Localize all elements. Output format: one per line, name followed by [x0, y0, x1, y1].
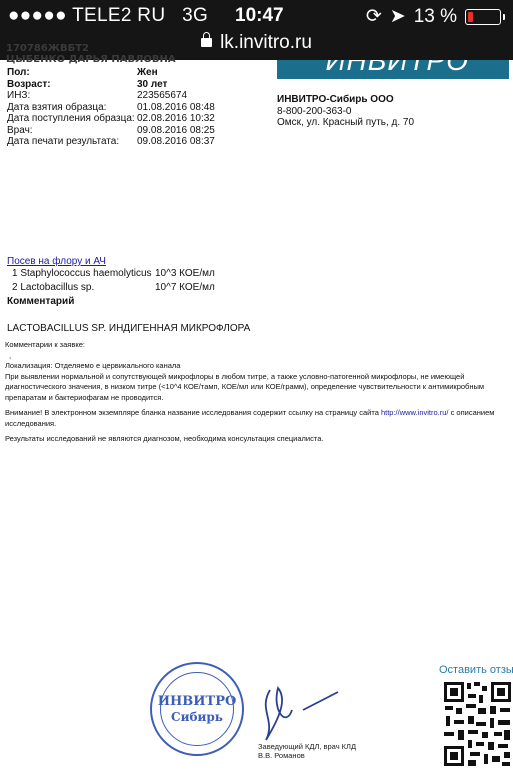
results-list: 1 Staphylococcus haemolyticus10^3 КОЕ/мл… — [7, 268, 215, 294]
info-label: Дата печати результата: — [7, 136, 137, 148]
info-row: Дата взятия образца:01.08.2016 08:48 — [7, 102, 215, 114]
url-text: lk.invitro.ru — [220, 32, 312, 53]
info-label: ИНЗ: — [7, 90, 137, 102]
organism-name: 1 Staphylococcus haemolyticus — [12, 268, 155, 281]
info-value: 223565674 — [137, 90, 187, 102]
battery-percent: 13 % — [414, 6, 457, 28]
signature-icon — [248, 680, 348, 750]
info-value: 09.08.2016 08:37 — [137, 136, 215, 148]
info-value: 30 лет — [137, 79, 167, 91]
qr-code-icon[interactable] — [442, 680, 513, 770]
lock-icon — [201, 38, 212, 47]
result-row: 2 Lactobacillus sp.10^7 КОЕ/мл — [7, 282, 215, 295]
result-row: 1 Staphylococcus haemolyticus10^3 КОЕ/мл — [7, 268, 215, 281]
company-phone: 8-800-200-363-0 — [277, 106, 414, 118]
comment-title: Комментарий — [7, 296, 215, 307]
carrier-name: TELE2 RU — [72, 5, 165, 26]
organism-value: 10^7 КОЕ/мл — [155, 282, 215, 295]
battery-level — [468, 12, 473, 22]
info-row: Дата поступления образца:02.08.2016 10:3… — [7, 113, 215, 125]
interpretation: При выявлении нормальной и сопутствующей… — [5, 372, 505, 404]
info-value: 01.08.2016 08:48 — [137, 102, 215, 114]
invitro-site-link[interactable]: http://www.invitro.ru/ — [381, 408, 449, 417]
request-comments-label: Комментарии к заявке: — [5, 340, 505, 351]
localization: Локализация: Отделяемо е цервикального к… — [5, 361, 505, 372]
notes: Комментарии к заявке: , Локализация: Отд… — [5, 340, 505, 445]
info-value: Жен — [137, 67, 158, 79]
info-value: 09.08.2016 08:25 — [137, 125, 215, 137]
info-row: Возраст:30 лет — [7, 79, 215, 91]
request-comments-value: , — [5, 351, 505, 362]
info-label: Дата взятия образца: — [7, 102, 137, 114]
warning: Внимание! В электронном экземпляре бланк… — [5, 408, 505, 429]
signer-position: Заведующий КДЛ, врач КЛД — [258, 742, 356, 751]
info-row: ИНЗ:223565674 — [7, 90, 215, 102]
order-number: 170786ЖВБТ2 — [6, 43, 89, 54]
organism-value: 10^3 КОЕ/мл — [155, 268, 215, 281]
signal-strength-icon: ●●●●● — [8, 5, 67, 26]
info-label: Пол: — [7, 67, 137, 79]
info-label: Возраст: — [7, 79, 137, 91]
network-type: 3G — [182, 5, 208, 26]
clock: 10:47 — [235, 5, 284, 27]
info-row: Пол:Жен — [7, 67, 215, 79]
organism-name: 2 Lactobacillus sp. — [12, 282, 155, 295]
rotation-lock-icon: ⟳ — [366, 5, 382, 28]
company-stamp: ИНВИТРО Сибирь — [150, 662, 244, 756]
company-address: Омск, ул. Красный путь, д. 70 — [277, 117, 414, 129]
signer-name: В.В. Романов — [258, 751, 356, 760]
ios-status-bar: ●●●●● TELE2 RU 3G 10:47 ⟳ ➤ 13 % lk.invi… — [0, 0, 513, 60]
info-label: Дата поступления образца: — [7, 113, 137, 125]
stamp-title: ИНВИТРО — [152, 694, 242, 709]
info-label: Врач: — [7, 125, 137, 137]
info-row: Врач:09.08.2016 08:25 — [7, 125, 215, 137]
info-value: 02.08.2016 10:32 — [137, 113, 215, 125]
company-name: ИНВИТРО-Сибирь ООО — [277, 94, 414, 106]
patient-name: ЦЫБЕНКО ДАРЬЯ ПАВЛОВНА — [6, 54, 176, 65]
analysis-title-link[interactable]: Посев на флору и АЧ — [7, 256, 106, 267]
signer: Заведующий КДЛ, врач КЛД В.В. Романов — [258, 742, 356, 760]
disclaimer: Результаты исследований не являются диаг… — [5, 434, 505, 445]
battery-icon — [465, 9, 501, 25]
comment-text: LACTOBACILLUS SP. ИНДИГЕННАЯ МИКРОФЛОРА — [7, 323, 250, 334]
carrier-info: ●●●●● TELE2 RU 3G — [8, 5, 208, 27]
stamp-subtitle: Сибирь — [152, 710, 242, 724]
location-arrow-icon: ➤ — [390, 5, 406, 28]
company-info: ИНВИТРО-Сибирь ООО 8-800-200-363-0 Омск,… — [277, 94, 414, 129]
analysis-section: Посев на флору и АЧ 1 Staphylococcus hae… — [7, 256, 215, 307]
patient-info: Пол:ЖенВозраст:30 летИНЗ:223565674Дата в… — [7, 67, 215, 148]
info-row: Дата печати результата:09.08.2016 08:37 — [7, 136, 215, 148]
leave-feedback-link[interactable]: Оставить отзыв — [439, 664, 513, 676]
